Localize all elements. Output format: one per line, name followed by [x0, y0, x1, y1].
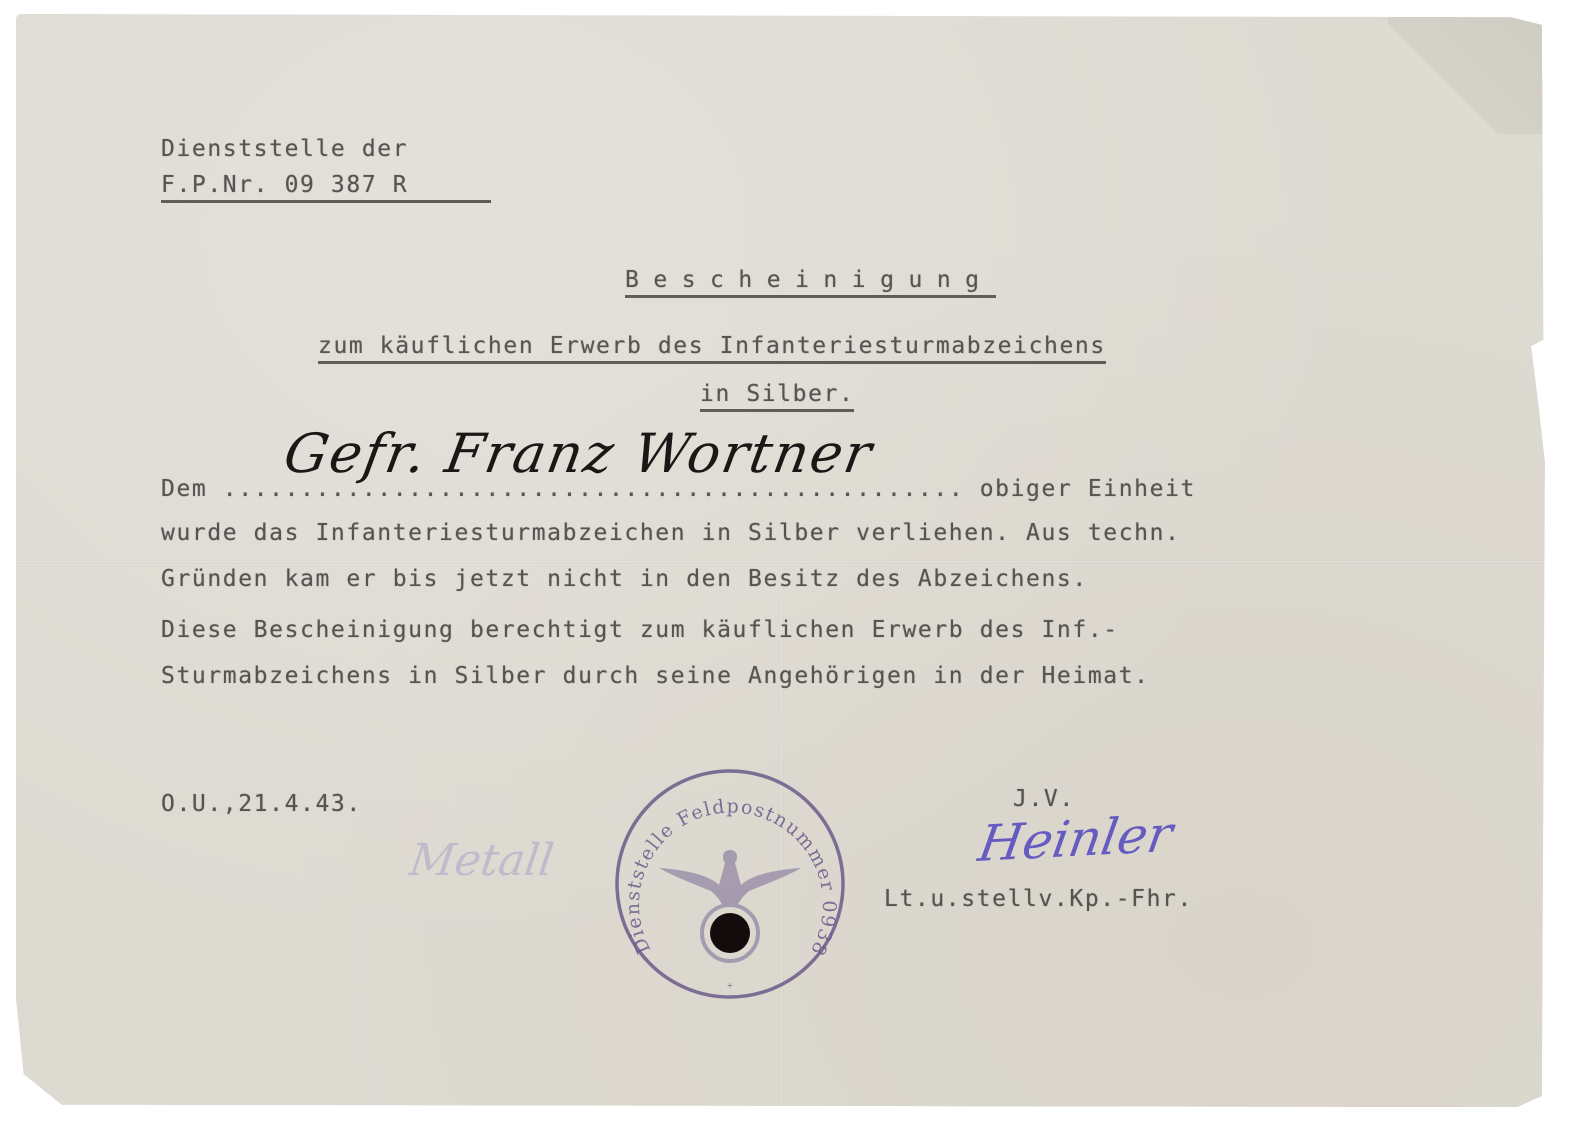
body-line-1-suffix: obiger Einheit: [964, 476, 1196, 502]
svg-text:+: +: [727, 981, 733, 992]
official-stamp: Dienststelle Feldpostnummer 09387E +: [611, 765, 849, 1003]
horizontal-fold-line: [16, 560, 1548, 563]
punch-hole: [710, 913, 750, 953]
body-line-5: Sturmabzeichens in Silber durch seine An…: [161, 663, 1150, 689]
officer-signature: Heinler: [974, 805, 1176, 873]
header-fieldpost-number: F.P.Nr. 09 387 R: [161, 172, 491, 203]
header-office: Dienststelle der: [161, 136, 408, 162]
body-line-4: Diese Bescheinigung berechtigt zum käufl…: [161, 617, 1119, 643]
signatory-rank: Lt.u.stellv.Kp.-Fhr.: [884, 886, 1193, 912]
body-line-3: Gründen kam er bis jetzt nicht in den Be…: [161, 566, 1088, 592]
header-fieldpost-text: F.P.Nr. 09 387 R: [161, 172, 491, 203]
corner-fold: [1388, 14, 1548, 134]
handwritten-recipient-name: Gefr. Franz Wortner: [279, 422, 878, 485]
document-subtitle-2: in Silber.: [700, 381, 854, 407]
place-date: O.U.,21.4.43.: [161, 791, 362, 817]
document-subtitle: zum käuflichen Erwerb des Infanteriestur…: [318, 333, 1106, 359]
document-title-text: Bescheinigung: [625, 267, 996, 298]
faint-signature-imprint: Metall: [406, 835, 556, 886]
on-behalf-label: J.V.: [1013, 786, 1075, 812]
body-line-1-prefix: Dem: [161, 476, 223, 502]
document-title: Bescheinigung: [625, 267, 996, 298]
body-line-2: wurde das Infanteriesturmabzeichen in Si…: [161, 520, 1181, 546]
document-subtitle-text: zum käuflichen Erwerb des Infanteriestur…: [318, 333, 1106, 364]
document-subtitle-2-text: in Silber.: [700, 381, 854, 412]
